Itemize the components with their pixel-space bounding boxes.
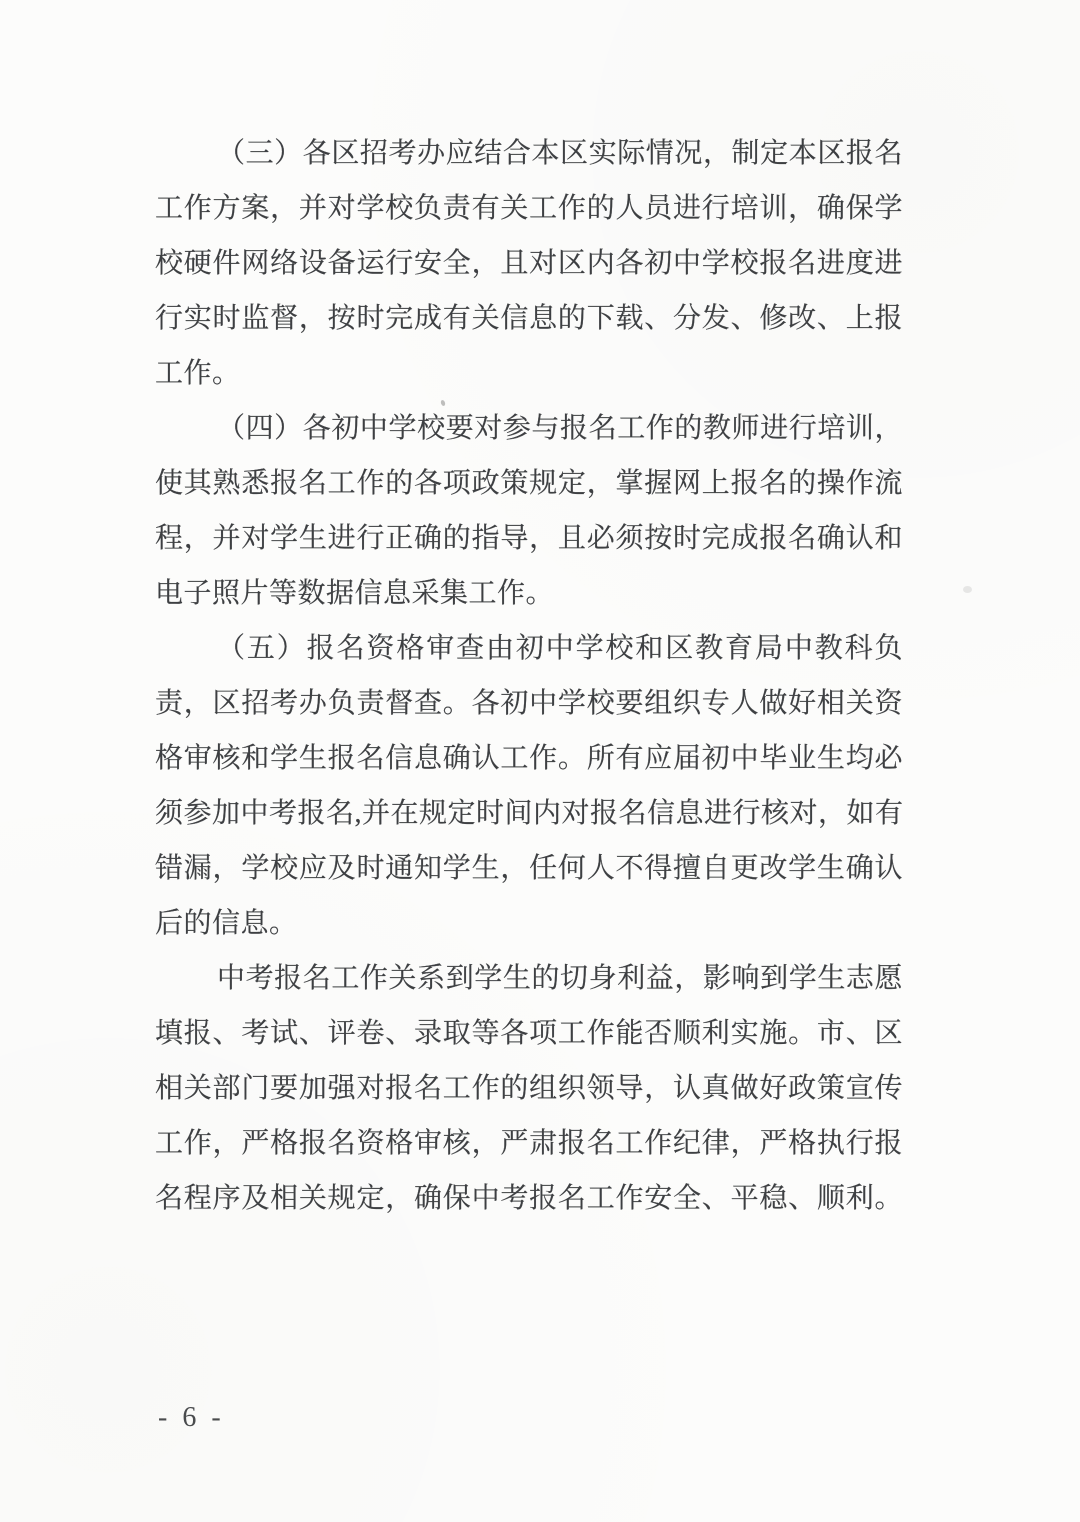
document-line: （五）报名资格审查由初中学校和区教育局中教科负 xyxy=(155,621,903,676)
document-line: （四）各初中学校要对参与报名工作的教师进行培训， xyxy=(155,401,903,456)
scanned-document-page: （三）各区招考办应结合本区实际情况，制定本区报名 工作方案，并对学校负责有关工作… xyxy=(0,0,1080,1522)
document-line: （三）各区招考办应结合本区实际情况，制定本区报名 xyxy=(155,126,903,181)
document-line: 工作。 xyxy=(155,346,903,401)
document-line: 后的信息。 xyxy=(155,896,903,951)
document-line: 须参加中考报名,并在规定时间内对报名信息进行核对，如有 xyxy=(155,786,903,841)
document-line: 工作，严格报名资格审核，严肃报名工作纪律，严格执行报 xyxy=(155,1116,903,1171)
document-line: 行实时监督，按时完成有关信息的下载、分发、修改、上报 xyxy=(155,291,903,346)
document-line: 程，并对学生进行正确的指导，且必须按时完成报名确认和 xyxy=(155,511,903,566)
document-line: 填报、考试、评卷、录取等各项工作能否顺利实施。市、区 xyxy=(155,1006,903,1061)
document-line: 相关部门要加强对报名工作的组织领导，认真做好政策宣传 xyxy=(155,1061,903,1116)
document-line: 校硬件网络设备运行安全，且对区内各初中学校报名进度进 xyxy=(155,236,903,291)
scan-speck xyxy=(963,586,972,593)
document-line: 电子照片等数据信息采集工作。 xyxy=(155,566,903,621)
document-line: 格审核和学生报名信息确认工作。所有应届初中毕业生均必 xyxy=(155,731,903,786)
page-number: - 6 - xyxy=(158,1398,225,1438)
document-line: 使其熟悉报名工作的各项政策规定，掌握网上报名的操作流 xyxy=(155,456,903,511)
document-line: 中考报名工作关系到学生的切身利益，影响到学生志愿 xyxy=(155,951,903,1006)
document-line: 工作方案，并对学校负责有关工作的人员进行培训，确保学 xyxy=(155,181,903,236)
document-line: 名程序及相关规定，确保中考报名工作安全、平稳、顺利。 xyxy=(155,1171,903,1226)
document-line: 责，区招考办负责督查。各初中学校要组织专人做好相关资 xyxy=(155,676,903,731)
document-line: 错漏，学校应及时通知学生，任何人不得擅自更改学生确认 xyxy=(155,841,903,896)
document-body: （三）各区招考办应结合本区实际情况，制定本区报名 工作方案，并对学校负责有关工作… xyxy=(155,126,903,1226)
